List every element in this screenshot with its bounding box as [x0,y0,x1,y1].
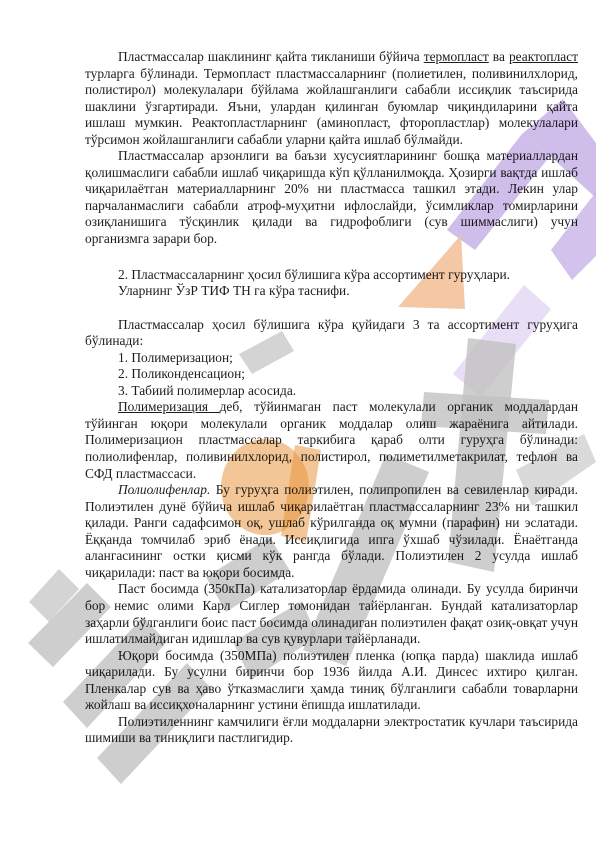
paragraph-3: Пластмассалар ҳосил бўлишига кўра қуйида… [85,317,578,350]
paragraph-7: Юқори босимда (350МПа) полиэтилен пленка… [85,648,578,714]
paragraph-1-text: ва [489,49,509,64]
section-heading: 2. Пластмассаларнинг ҳосил бўлишига кўра… [85,267,578,300]
section-heading-line-1: 2. Пластмассаларнинг ҳосил бўлишига кўра… [118,267,578,284]
paragraph-1-text: Пластмассалар шаклининг қайта тикланиши … [118,49,424,64]
paragraph-4: Полимеризация деб, тўйинмаган паст молек… [85,399,578,482]
term-thermoplast: термопласт [424,49,489,64]
document-page: Пластмассалар шаклининг қайта тикланиши … [0,0,596,842]
paragraph-2: Пластмассалар арзонлиги ва баъзи хусусия… [85,148,578,247]
document-text: Пластмассалар шаклининг қайта тикланиши … [85,49,578,747]
paragraph-6: Паст босимда (350кПа) катализаторлар ёрд… [85,581,578,647]
paragraph-1-text: турларга бўлинади. Термопласт пластмасса… [85,66,578,147]
list-item-1: 1. Полимеризацион; [118,350,578,367]
term-reactoplast: реактопласт [509,49,578,64]
list-item-2: 2. Поликонденсацион; [118,366,578,383]
paragraph-1: Пластмассалар шаклининг қайта тикланиши … [85,49,578,148]
paragraph-8: Полиэтиленнинг камчилиги ёғли моддаларни… [85,714,578,747]
term-polyolefins: Полиолифенлар. [118,482,210,497]
term-polymerization: Полимеризация [118,399,220,414]
paragraph-5: Полиолифенлар. Бу гуруҳга полиэтилен, по… [85,482,578,581]
list-item-3: 3. Табиий полимерлар асосида. [118,383,578,400]
section-heading-line-2: Уларнинг ЎзР ТИФ ТН га кўра таснифи. [118,283,578,300]
watermark-stroke [29,569,79,622]
